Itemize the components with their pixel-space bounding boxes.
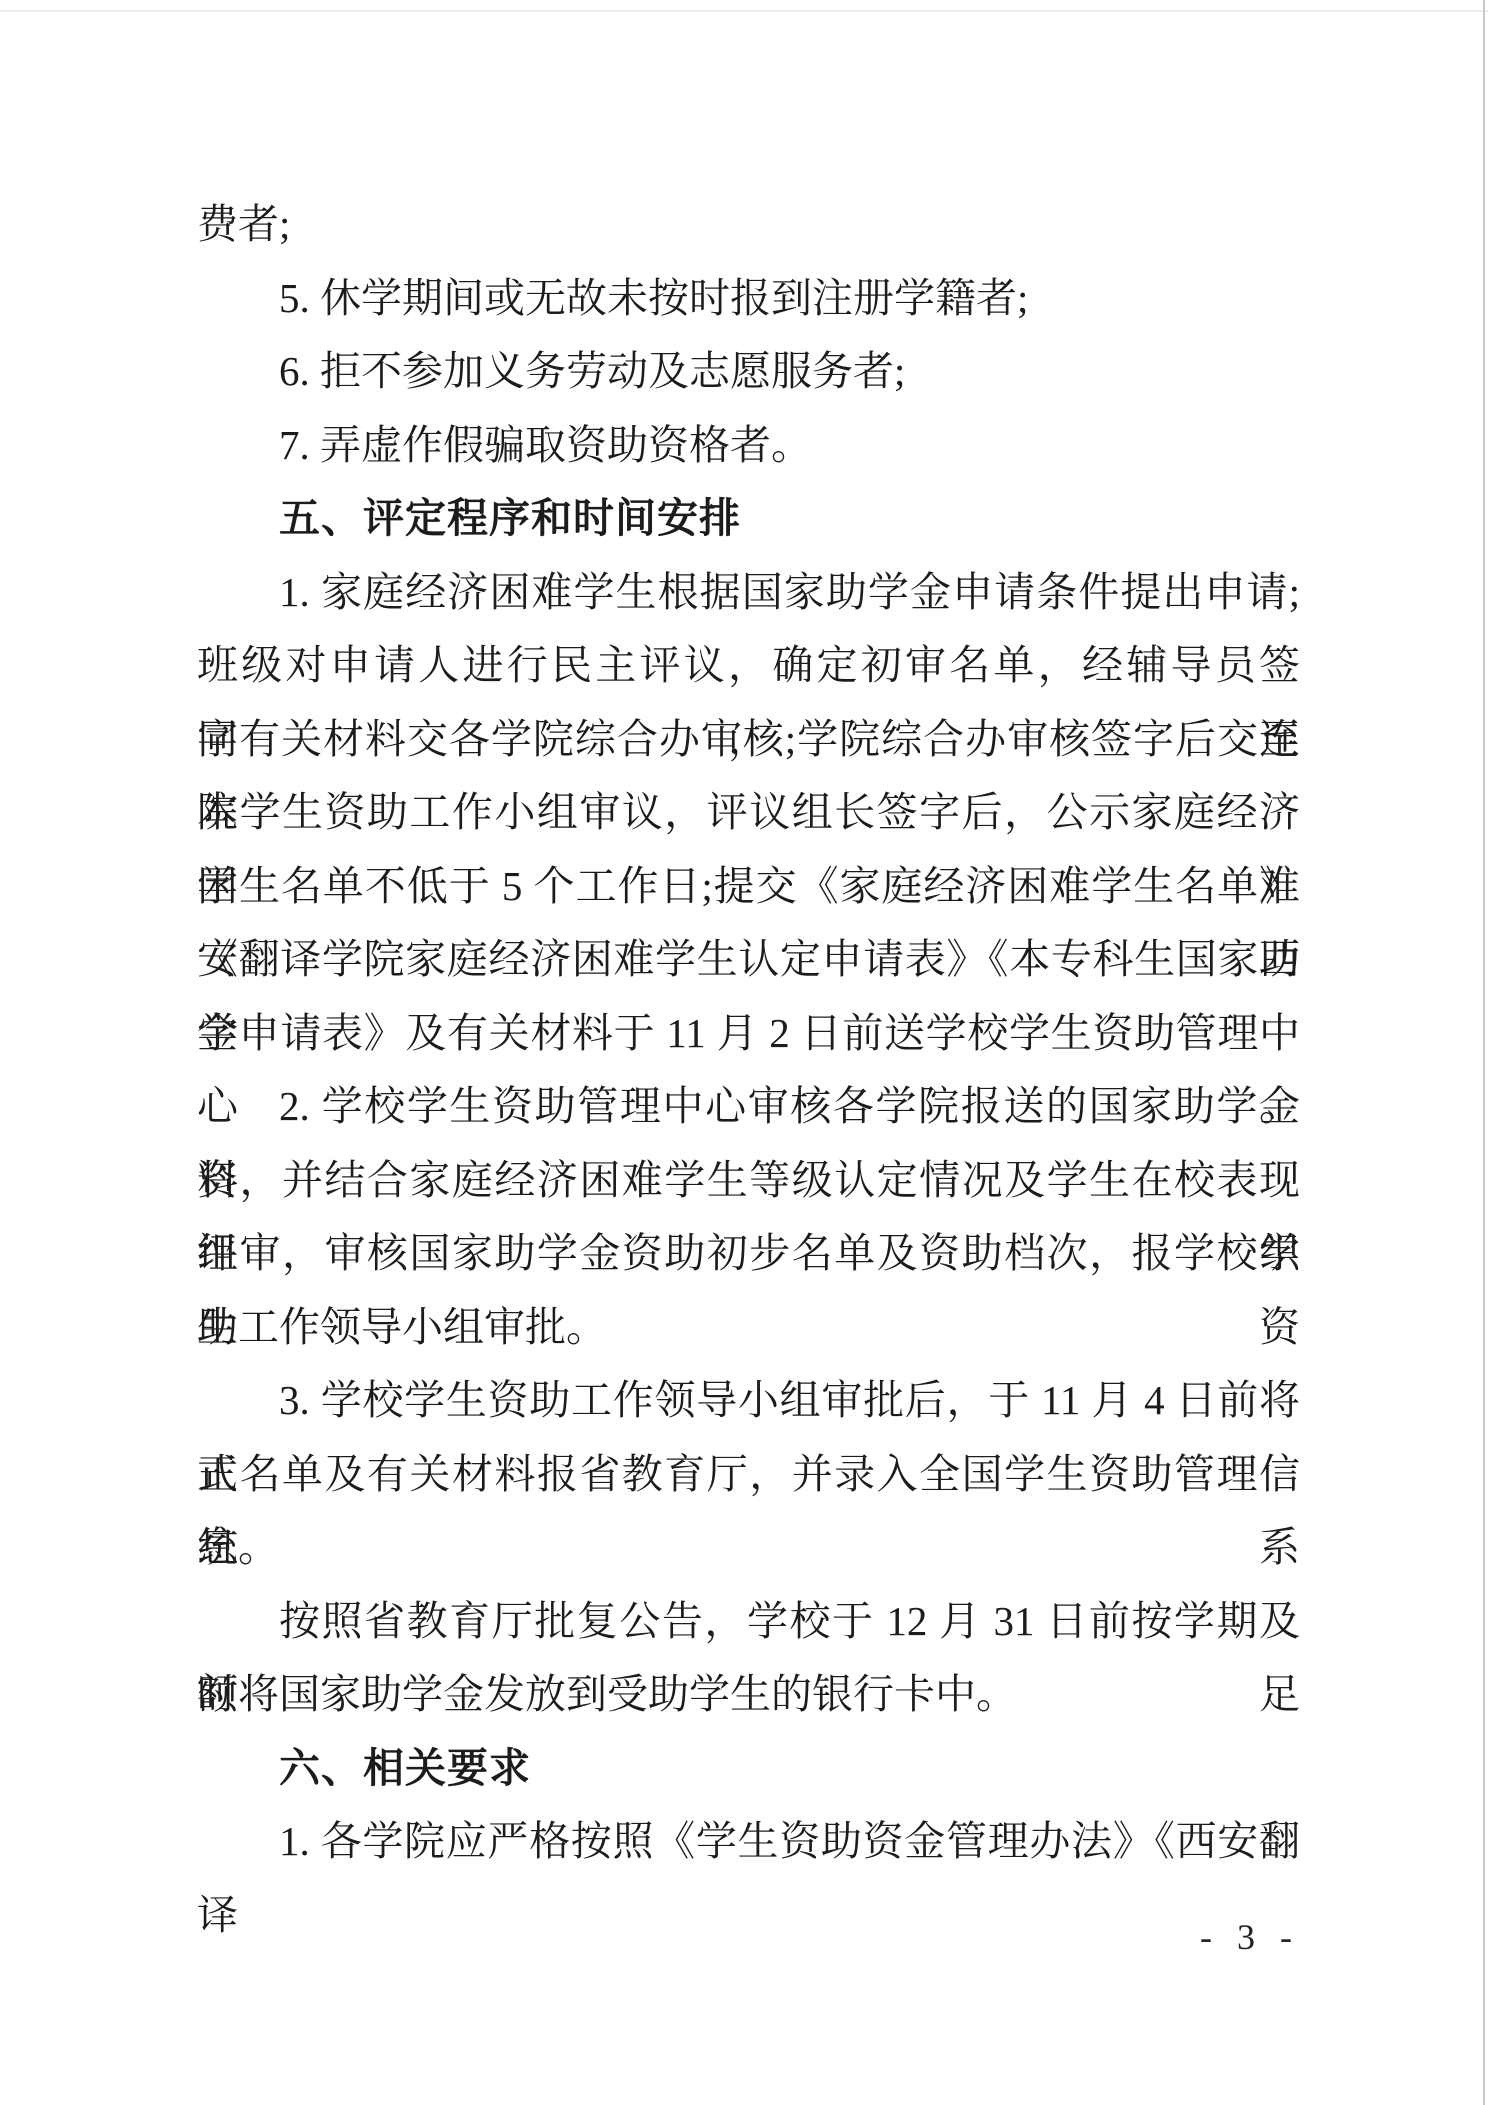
text-line: 学生名单不低于 5 个工作日;提交《家庭经济困难学生名单》《西 — [197, 850, 1300, 924]
text-line: 同有关材料交各学院综合办审核;学院综合办审核签字后交至本 — [197, 703, 1300, 777]
document-body: 费者;5. 休学期间或无故未按时报到注册学籍者;6. 拒不参加义务劳动及志愿服务… — [197, 188, 1300, 1879]
text-line: 1. 家庭经济困难学生根据国家助学金申请条件提出申请; — [197, 556, 1300, 630]
text-line: 安翻译学院家庭经济困难学生认定申请表》《本专科生国家助学 — [197, 923, 1300, 997]
section-heading: 六、相关要求 — [197, 1732, 1300, 1806]
text-line: 6. 拒不参加义务劳动及志愿服务者; — [197, 335, 1300, 409]
text-line: 院学生资助工作小组审议，评议组长签字后，公示家庭经济困难 — [197, 776, 1300, 850]
text-line: 评审，审核国家助学金资助初步名单及资助档次，报学校学生资 — [197, 1217, 1300, 1291]
document-page: 费者;5. 休学期间或无故未按时报到注册学籍者;6. 拒不参加义务劳动及志愿服务… — [0, 0, 1488, 2105]
text-line: 7. 弄虚作假骗取资助资格者。 — [197, 409, 1300, 483]
text-line: 式名单及有关材料报省教育厅，并录入全国学生资助管理信息系 — [197, 1438, 1300, 1512]
text-line: 2. 学校学生资助管理中心审核各学院报送的国家助学金资 — [197, 1070, 1300, 1144]
text-line: 1. 各学院应严格按照《学生资助资金管理办法》《西安翻译 — [197, 1805, 1300, 1879]
scan-edge-right-line — [1483, 0, 1485, 2105]
section-heading: 五、评定程序和时间安排 — [197, 482, 1300, 556]
text-line: 按照省教育厅批复公告，学校于 12 月 31 日前按学期及时足 — [197, 1585, 1300, 1659]
text-line: 料，并结合家庭经济困难学生等级认定情况及学生在校表现组织 — [197, 1144, 1300, 1218]
text-line: 5. 休学期间或无故未按时报到注册学籍者; — [197, 262, 1300, 336]
text-line: 班级对申请人进行民主评议，确定初审名单，经辅导员签字，连 — [197, 629, 1300, 703]
text-line: 金申请表》及有关材料于 11 月 2 日前送学校学生资助管理中心。 — [197, 997, 1300, 1071]
scan-edge-top-line — [0, 10, 1488, 12]
text-line: 费者; — [197, 188, 1300, 262]
text-line: 3. 学校学生资助工作领导小组审批后，于 11 月 4 日前将正 — [197, 1364, 1300, 1438]
page-number: - 3 - — [197, 1912, 1300, 1962]
